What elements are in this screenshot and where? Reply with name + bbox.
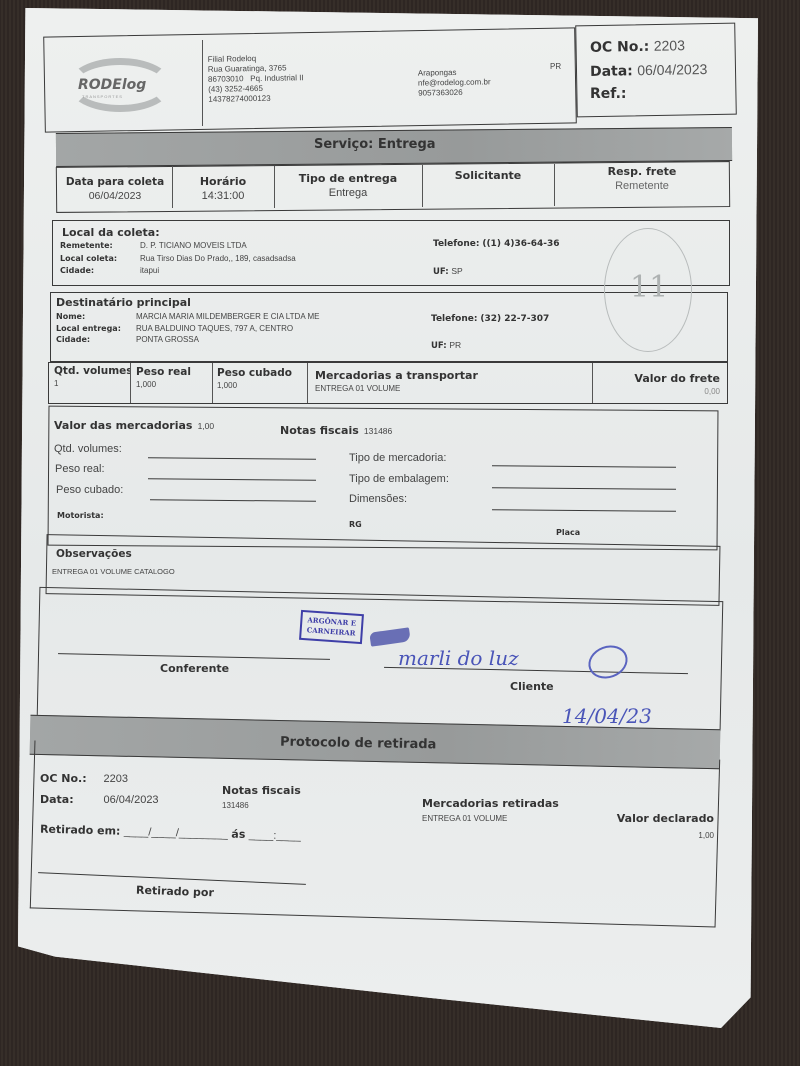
notes-title: Observações bbox=[56, 548, 132, 560]
recipient-city-label: Cidade: bbox=[56, 334, 136, 346]
date-label: Data: bbox=[590, 63, 633, 80]
phone-label: Telefone: bbox=[433, 239, 479, 249]
invoices: Notas fiscais 131486 bbox=[280, 419, 392, 438]
declared-value-value: 1,00 bbox=[604, 831, 714, 840]
cargo-goods-value: ENTREGA 01 VOLUME bbox=[315, 384, 478, 393]
oc-value: 2203 bbox=[654, 37, 685, 54]
rg-label: RG bbox=[349, 520, 362, 529]
service-col-requester: Solicitante bbox=[424, 169, 552, 182]
field-goods-type: Tipo de mercadoria: bbox=[349, 452, 446, 464]
withdrawal-oc: OC No.: 2203 bbox=[40, 772, 128, 785]
col-divider bbox=[592, 363, 593, 403]
branch-zip: 86703010 bbox=[208, 74, 244, 84]
at-label: ás bbox=[231, 828, 245, 841]
withdrawal-date: Data: 06/04/2023 bbox=[40, 793, 159, 806]
checker-label: Conferente bbox=[160, 662, 229, 675]
cargo-qty-value: 1 bbox=[54, 379, 130, 388]
recipient-phone: Telefone: (32) 22-7-307 bbox=[431, 314, 549, 324]
branch-info: Filial Rodeloq Rua Guaratinga, 3765 8670… bbox=[208, 53, 304, 105]
service-col-time: Horário 14:31:00 bbox=[174, 175, 272, 202]
pickup-title: Local da coleta: bbox=[62, 226, 160, 239]
pickup-place-value: Rua Tirso Dias Do Prado,, 189, casadsads… bbox=[140, 254, 296, 263]
field-real-weight: Peso real: bbox=[55, 463, 105, 475]
uf-value: SP bbox=[451, 266, 462, 276]
driver-label: Motorista: bbox=[57, 511, 104, 520]
goods-value-label: Valor das mercadorias bbox=[54, 419, 192, 432]
service-title: Serviço: Entrega bbox=[314, 137, 436, 152]
cargo-real-weight-label: Peso real bbox=[136, 366, 191, 378]
col-divider bbox=[422, 165, 423, 207]
uf-label: UF: bbox=[431, 341, 447, 351]
declared-value-label: Valor declarado bbox=[604, 812, 714, 825]
withdrawal-goods-value: ENTREGA 01 VOLUME bbox=[422, 814, 559, 823]
col-label: Solicitante bbox=[424, 169, 552, 182]
handwritten-date: 14/04/23 bbox=[562, 704, 652, 728]
goods-value: Valor das mercadorias 1,00 bbox=[54, 414, 214, 433]
pickup-details: Remetente:D. P. TICIANO MOVEIS LTDA Loca… bbox=[60, 240, 296, 278]
client-label: Cliente bbox=[510, 680, 554, 693]
withdrawal-invoices-label: Notas fiscais bbox=[222, 784, 301, 797]
plate-label: Placa bbox=[556, 528, 580, 537]
service-col-pickup-date: Data para coleta 06/04/2023 bbox=[62, 176, 168, 202]
col-label: Data para coleta bbox=[62, 176, 168, 188]
uf-label: UF: bbox=[433, 267, 449, 277]
withdrawal-date-label: Data: bbox=[40, 793, 100, 806]
col-divider bbox=[554, 164, 555, 206]
client-handwritten-signature: marli do luz bbox=[398, 646, 519, 670]
field-qty-volumes: Qtd. volumes: bbox=[54, 443, 122, 455]
withdrawal-invoices: Notas fiscais 131486 bbox=[222, 784, 301, 810]
recipient-title: Destinatário principal bbox=[56, 296, 191, 309]
recipient-city-value: PONTA GROSSA bbox=[136, 335, 199, 344]
cargo-qty: Qtd. volumes 1 bbox=[54, 365, 130, 388]
goods-value-value: 1,00 bbox=[198, 421, 215, 431]
cargo-real-weight-value: 1,000 bbox=[136, 380, 191, 389]
withdrawal-date-value: 06/04/2023 bbox=[104, 794, 159, 806]
uf-value: PR bbox=[449, 340, 461, 350]
withdrawn-by-label: Retirado por bbox=[136, 884, 214, 900]
col-divider bbox=[307, 363, 308, 403]
pickup-city-label: Cidade: bbox=[60, 265, 140, 278]
sender-value: D. P. TICIANO MOVEIS LTDA bbox=[140, 241, 247, 250]
recipient-place-label: Local entrega: bbox=[56, 323, 136, 335]
company-stamp: ARGÔNAR E CARNEIRAR bbox=[299, 610, 364, 644]
service-col-freight-payer: Resp. frete Remetente bbox=[556, 165, 728, 192]
logo-subtext: TRANSPORTES bbox=[82, 94, 123, 99]
cargo-real-weight: Peso real 1,000 bbox=[136, 366, 191, 389]
cargo-goods-label: Mercadorias a transportar bbox=[315, 369, 478, 382]
branch-cnpj: 14378274000123 bbox=[208, 93, 304, 105]
cargo-goods: Mercadorias a transportar ENTREGA 01 VOL… bbox=[315, 369, 478, 393]
branch-state: PR bbox=[550, 62, 561, 71]
field-dimensions: Dimensões: bbox=[349, 493, 407, 505]
cargo-freight-value: 0,00 bbox=[596, 387, 720, 396]
oc-label: OC No.: bbox=[590, 39, 650, 56]
phone-value: ((1) 4)36-64-36 bbox=[482, 239, 559, 249]
notes-text: ENTREGA 01 VOLUME CATALOGO bbox=[52, 567, 175, 576]
col-value: 14:31:00 bbox=[174, 190, 272, 202]
pickup-uf: UF: SP bbox=[433, 266, 463, 277]
cargo-qty-label: Qtd. volumes bbox=[54, 365, 130, 377]
col-value: Entrega bbox=[276, 187, 420, 199]
cargo-cubed-weight: Peso cubado 1,000 bbox=[217, 367, 292, 390]
oc-date: Data: 06/04/2023 bbox=[590, 61, 708, 80]
branch-email: nfe@rodelog.com.br bbox=[418, 77, 491, 88]
withdrawal-goods-label: Mercadorias retiradas bbox=[422, 797, 559, 810]
col-divider bbox=[130, 363, 131, 403]
invoices-label: Notas fiscais bbox=[280, 424, 359, 437]
recipient-uf: UF: PR bbox=[431, 340, 461, 351]
pickup-phone: Telefone: ((1) 4)36-64-36 bbox=[433, 239, 559, 249]
ref-label: Ref.: bbox=[590, 86, 627, 102]
pickup-city-value: itapui bbox=[140, 266, 159, 275]
withdrawal-oc-value: 2203 bbox=[104, 773, 128, 785]
col-value: 06/04/2023 bbox=[62, 190, 168, 202]
col-value: Remetente bbox=[556, 180, 728, 192]
branch-ie: 9057363026 bbox=[418, 87, 491, 98]
recipient-details: Nome:MARCIA MARIA MILDEMBERGER E CIA LTD… bbox=[56, 311, 319, 346]
withdrawn-at-time-field[interactable]: ____:____ bbox=[249, 829, 301, 842]
col-label: Horário bbox=[174, 175, 272, 188]
recipient-place-value: RUA BALDUINO TAQUES, 797 A, CENTRO bbox=[136, 324, 293, 333]
oc-number: OC No.: 2203 bbox=[590, 37, 685, 56]
stamp-line-2: CARNEIRAR bbox=[306, 625, 355, 638]
col-divider bbox=[212, 363, 213, 403]
col-divider bbox=[274, 166, 275, 208]
recipient-name-label: Nome: bbox=[56, 311, 136, 323]
withdrawal-goods: Mercadorias retiradas ENTREGA 01 VOLUME bbox=[422, 797, 559, 823]
withdrawal-invoices-value: 131486 bbox=[222, 801, 301, 810]
col-label: Tipo de entrega bbox=[276, 172, 420, 185]
phone-label: Telefone: bbox=[431, 314, 477, 324]
col-divider bbox=[172, 166, 173, 208]
withdrawal-declared-value: Valor declarado 1,00 bbox=[604, 812, 714, 840]
cargo-freight-label: Valor do frete bbox=[596, 372, 720, 385]
cargo-freight: Valor do frete 0,00 bbox=[596, 372, 720, 396]
logo: RODElog bbox=[78, 77, 146, 93]
branch-contact: Arapongas nfe@rodelog.com.br 9057363026 bbox=[418, 67, 491, 98]
pencil-number: 11 bbox=[630, 270, 668, 305]
field-cubed-weight: Peso cubado: bbox=[56, 484, 123, 496]
sender-label: Remetente: bbox=[60, 240, 140, 253]
invoices-value: 131486 bbox=[364, 426, 392, 436]
header-divider bbox=[202, 40, 203, 126]
col-label: Resp. frete bbox=[556, 165, 728, 178]
cargo-cubed-weight-label: Peso cubado bbox=[217, 367, 292, 379]
field-packaging-type: Tipo de embalagem: bbox=[349, 473, 449, 485]
date-value: 06/04/2023 bbox=[637, 61, 707, 78]
phone-value: (32) 22-7-307 bbox=[480, 314, 549, 324]
withdrawn-at-label: Retirado em: bbox=[40, 823, 121, 838]
withdrawal-oc-label: OC No.: bbox=[40, 772, 100, 785]
pickup-place-label: Local coleta: bbox=[60, 253, 140, 266]
cargo-cubed-weight-value: 1,000 bbox=[217, 381, 292, 390]
service-col-delivery-type: Tipo de entrega Entrega bbox=[276, 172, 420, 199]
branch-district: Pq. Industrial II bbox=[250, 73, 304, 83]
recipient-name-value: MARCIA MARIA MILDEMBERGER E CIA LTDA ME bbox=[136, 312, 319, 321]
